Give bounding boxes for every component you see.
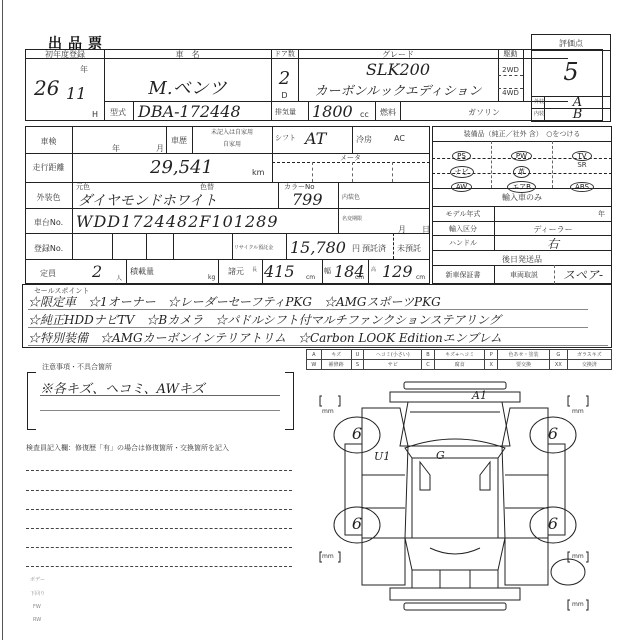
mileage-unit: km [252,168,264,177]
mm-label-front-right: mm [572,408,584,415]
era-year-label: 年 [80,64,88,75]
doors-value: 2 [271,68,298,89]
legend-code: S [351,360,364,370]
page-edge [2,0,3,640]
warranty-label[interactable]: 新車保証書 [432,270,494,280]
overall-score: 5 [531,58,611,86]
exterior-color-value: ダイヤモンドホワイト [78,190,217,210]
deadline-month-unit: 月 [398,224,406,235]
interior-score: B [544,107,611,122]
legend-code: A [307,350,322,360]
inspection-month-unit: 月 [156,143,164,154]
first-registration-year: 26 [34,76,59,100]
legend-code: X [485,360,498,370]
recycle-paid[interactable]: 預託済 [362,243,386,254]
legend-meaning: ガラスキズ [567,350,611,360]
doors-unit: D [271,91,298,100]
inspector-rw-label: RW [33,617,41,623]
name-change-deadline-label: 名変期限 [342,215,362,222]
displacement-label: 排気量 [275,107,296,117]
model-code-label: 型式 [110,107,126,118]
ac-label: 冷房 [356,134,372,145]
import-type-value: ディーラー [494,224,612,235]
inspector-fw-label: FW [33,604,41,610]
car-name: M.ベンツ [104,74,271,100]
drive-label: 駆動 [498,49,523,59]
legend-code: P [485,350,498,360]
legend-meaning: 要交換 [498,360,550,370]
capacity-unit: 人 [116,273,122,282]
sales-point-line-1: ☆限定車 ☆1オーナー ☆レーダーセーフティPKG ☆AMGスポーツPKG [28,293,441,310]
legend-code: XX [550,360,568,370]
legend-meaning: キズ+ヘコミ [434,350,485,360]
displacement: 1800 [312,102,353,121]
length-unit: cm [306,274,315,281]
equipment-aw[interactable]: AW [451,182,472,192]
displacement-unit: cc [360,110,369,119]
sales-point-line-3: ☆特別装備 ☆AMGカーボンインテリアトリム ☆Carbon LOOK Edit… [28,329,502,346]
mm-label-rear-left: mm [322,553,334,560]
legend-code: G [550,350,568,360]
tread-front-right: 6 [536,424,570,443]
width-label: 幅 [324,266,331,276]
inspector-body-label: ボデー [30,576,45,583]
ac-value: AC [394,134,405,143]
steering-value: 右 [494,235,612,252]
deadline-day-unit: 日 [422,224,430,235]
recycle-fee-value: 15,780 [290,238,346,257]
inspector-under-label: 下回り [30,590,45,597]
legend-code: U [351,350,364,360]
interior-color-label: 内装色 [342,192,360,201]
legend-meaning: 交換済 [567,360,611,370]
model-code: DBA-172448 [138,102,241,121]
tread-rear-right: 6 [536,514,570,533]
recycle-fee-unit: 円 [352,243,360,254]
model-year-unit: 年 [598,209,605,219]
legend-code: B [422,350,435,360]
inspection-year-unit: 年 [112,143,120,154]
exterior-score-label: 外装 [534,98,544,105]
grade-label: グレード [298,49,498,60]
equipment-abs[interactable]: ABS [570,182,594,192]
fuel-label: 燃料 [380,107,396,118]
chassis-no-label: 車台No. [25,217,72,228]
length-label: 長 [252,266,257,273]
spare-key-value: スペア- [554,266,612,283]
mm-label-spare: mm [572,601,584,608]
manual-label[interactable]: 車両取説 [494,270,554,280]
load-label: 積載量 [130,266,154,277]
mark-door-u1: U1 [374,450,390,463]
score-label: 評価点 [531,38,611,49]
first-registration-month: 11 [66,84,86,103]
history-sub: 自家用 [192,139,272,148]
tread-rear-left: 6 [340,514,374,533]
equipment-tv[interactable]: TV [572,151,591,161]
steering-label: ハンドル [432,238,494,248]
sales-point-line-2: ☆純正HDDナビTV ☆Bカメラ ☆パドルシフト付マルチファンクションステアリン… [28,311,501,328]
remarks-bracket-right [285,372,294,430]
remarks-bracket-left [27,372,36,430]
remarks-label: 注意事項・不具合箇所 [42,362,112,372]
tread-front-left: 6 [340,424,374,443]
legend-meaning: キズ [321,350,351,360]
car-name-label: 車 名 [104,49,271,60]
color-no-value: 799 [292,190,323,209]
registration-no-label: 登録No. [25,243,72,254]
dimensions-label: 諸元 [228,266,244,277]
chassis-no-value: WDD1724482F101289 [76,212,279,231]
legend-meaning: 腐食 [434,360,485,370]
equipment-label: 装備品（純正／社外 含） ○をつける [432,129,612,139]
width-unit: cm [355,274,364,281]
capacity-value: 2 [92,262,102,281]
recycle-fee-label: リサイクル預託金 [234,244,273,251]
mm-label-front-left: mm [322,408,334,415]
legend-meaning: ヘコミ(小さい) [364,350,422,360]
height-unit: cm [416,274,425,281]
meter-label: メータ [340,153,361,163]
mark-front-a1: A1 [472,389,487,402]
damage-code-legend: Aキズ Uヘコミ(小さい) Bキズ+ヘコミ P色あせ・塗装 Gガラスキズ W補修… [306,349,612,370]
exterior-color-label: 外装色 [25,192,72,203]
history-note: 未記入は自家用 [192,127,272,136]
legend-code: C [422,360,435,370]
grade-line2: カーボンルックエディション [298,80,498,99]
import-only-label: 輸入車のみ [432,192,612,203]
mark-roof-g: G [436,449,445,462]
shift-label: シフト [275,133,296,143]
drive-option-4wd[interactable]: 4WD [498,89,523,97]
legend-meaning: 補修跡 [321,360,351,370]
equipment-sr[interactable]: SR [552,161,612,169]
legend-meaning: サビ [364,360,422,370]
mileage-label: 走行距離 [25,162,72,173]
drive-option-2wd[interactable]: 2WD [498,66,523,74]
legend-code: W [307,360,322,370]
car-damage-diagram [300,370,640,640]
grade-line1: SLK200 [298,60,498,79]
shift-value: AT [305,129,326,148]
first-registration-label: 初年度登録 [26,49,104,60]
height-value: 129 [382,262,413,281]
era-label: H [92,110,98,119]
legend-meaning: 色あせ・塗装 [498,350,550,360]
history-label: 車歴 [171,135,187,146]
import-type-label: 輸入区分 [432,224,494,234]
doors-label: ドア数 [271,49,298,59]
accessories-label: 後日発送品 [432,254,612,265]
capacity-label: 定員 [40,268,56,279]
model-year-label: モデル年式 [432,209,494,219]
recycle-unpaid[interactable]: 未預託 [397,243,421,254]
load-unit: kg [208,274,215,281]
inspection-label: 車検 [25,136,72,147]
height-label: 高 [371,266,376,273]
length-value: 415 [264,262,295,281]
inspector-label: 検査員記入欄：修復歴「有」の場合は修復箇所・交換箇所を記入 [26,443,229,453]
mm-label-rear-right: mm [572,553,584,560]
interior-score-label: 内装 [534,110,544,117]
mileage-value: 29,541 [150,157,213,178]
